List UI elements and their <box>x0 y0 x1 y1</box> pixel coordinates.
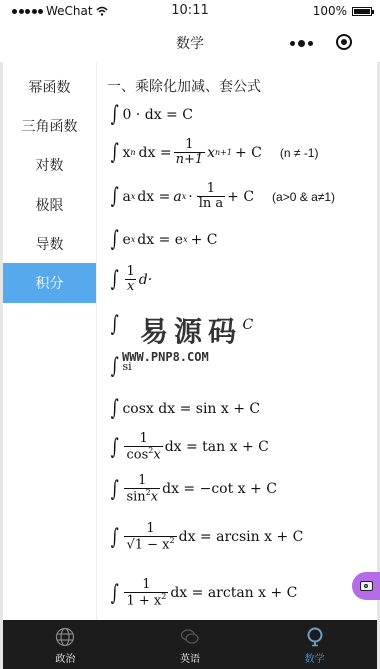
section-title: 一、乘除化加减、套公式 <box>107 76 261 96</box>
bulb-icon <box>305 627 325 647</box>
page-title: 数学 <box>0 33 380 53</box>
chat-bubbles-icon <box>180 627 200 647</box>
fraction: 1ln a <box>197 182 225 212</box>
sidebar-item-power-function[interactable]: 幂函数 <box>3 67 96 106</box>
tab-label: 英语 <box>180 650 200 665</box>
nav-bar: 数学 <box>0 22 380 62</box>
formula-csc-squared: ∫ 1sin2x dx = −cot x + C <box>109 474 277 505</box>
formula-sine-obscured: ∫ si <box>109 354 132 379</box>
battery-percent: 100% <box>313 4 347 18</box>
fraction: 1cos2x <box>124 432 162 463</box>
tab-label: 数学 <box>305 650 325 665</box>
fraction: 1sin2x <box>124 474 160 505</box>
floating-camera-button[interactable] <box>352 572 380 600</box>
more-dots-icon[interactable] <box>290 40 313 47</box>
camera-icon <box>360 581 373 591</box>
formula-zero: ∫ 0 · dx = C <box>109 102 193 127</box>
tab-english[interactable]: 英语 <box>128 620 253 669</box>
formula-exponential-a: ∫ ax dx = ax · 1ln a + C (a>0 & a≠1) <box>109 182 335 212</box>
status-bar: WeChat 10:11 100% <box>0 0 380 22</box>
formula-content: 一、乘除化加减、套公式 ∫ 0 · dx = C ∫ xn dx = 1n+1 … <box>97 62 377 620</box>
formula-power: ∫ xn dx = 1n+1 xn+1 + C (n ≠ -1) <box>109 138 318 168</box>
integral-sign: ∫ <box>111 354 119 379</box>
formula-exponential-e: ∫ ex dx = ex + C <box>109 227 217 252</box>
tab-math[interactable]: 数学 <box>252 620 377 669</box>
integral-sign: ∫ <box>111 140 119 165</box>
fraction: 1x <box>124 265 136 295</box>
integral-sign: ∫ <box>111 227 119 252</box>
integral-sign: ∫ <box>111 435 119 460</box>
sidebar-item-trig-function[interactable]: 三角函数 <box>3 106 96 145</box>
integral-sign: ∫ <box>111 525 119 550</box>
battery-icon <box>352 7 372 16</box>
fraction: 1n+1 <box>174 138 206 168</box>
formula-note: (n ≠ -1) <box>280 146 319 160</box>
formula-obscured: ∫ C <box>109 312 253 337</box>
formula-arcsin: ∫ 1√1 − x2 dx = arcsin x + C <box>109 522 303 553</box>
integral-sign: ∫ <box>111 477 119 502</box>
integral-sign: ∫ <box>111 184 119 209</box>
integral-sign: ∫ <box>111 396 119 421</box>
fraction: 11 + x2 <box>124 578 168 609</box>
formula-cosine: ∫ cosx dx = sin x + C <box>109 396 260 421</box>
integral-sign: ∫ <box>111 312 119 337</box>
globe-icon <box>55 627 75 647</box>
formula-sec-squared: ∫ 1cos2x dx = tan x + C <box>109 432 269 463</box>
sidebar-item-logarithm[interactable]: 对数 <box>3 146 96 185</box>
battery-info: 100% <box>313 4 372 18</box>
formula-arctan: ∫ 11 + x2 dx = arctan x + C <box>109 578 297 609</box>
formula-reciprocal: ∫ 1x d· <box>109 265 152 295</box>
category-sidebar: 幂函数 三角函数 对数 极限 导数 积分 <box>3 62 97 620</box>
fraction: 1√1 − x2 <box>124 522 176 553</box>
integral-sign: ∫ <box>111 267 119 292</box>
formula-note: (a>0 & a≠1) <box>272 190 335 204</box>
integral-sign: ∫ <box>111 102 119 127</box>
sidebar-item-derivative[interactable]: 导数 <box>3 224 96 263</box>
target-close-icon[interactable] <box>336 34 352 50</box>
tab-bar: 政治 英语 数学 <box>3 620 377 669</box>
sidebar-item-integral[interactable]: 积分 <box>3 263 96 302</box>
sidebar-item-limit[interactable]: 极限 <box>3 185 96 224</box>
tab-label: 政治 <box>55 650 75 665</box>
integral-sign: ∫ <box>111 581 119 606</box>
tab-politics[interactable]: 政治 <box>3 620 128 669</box>
